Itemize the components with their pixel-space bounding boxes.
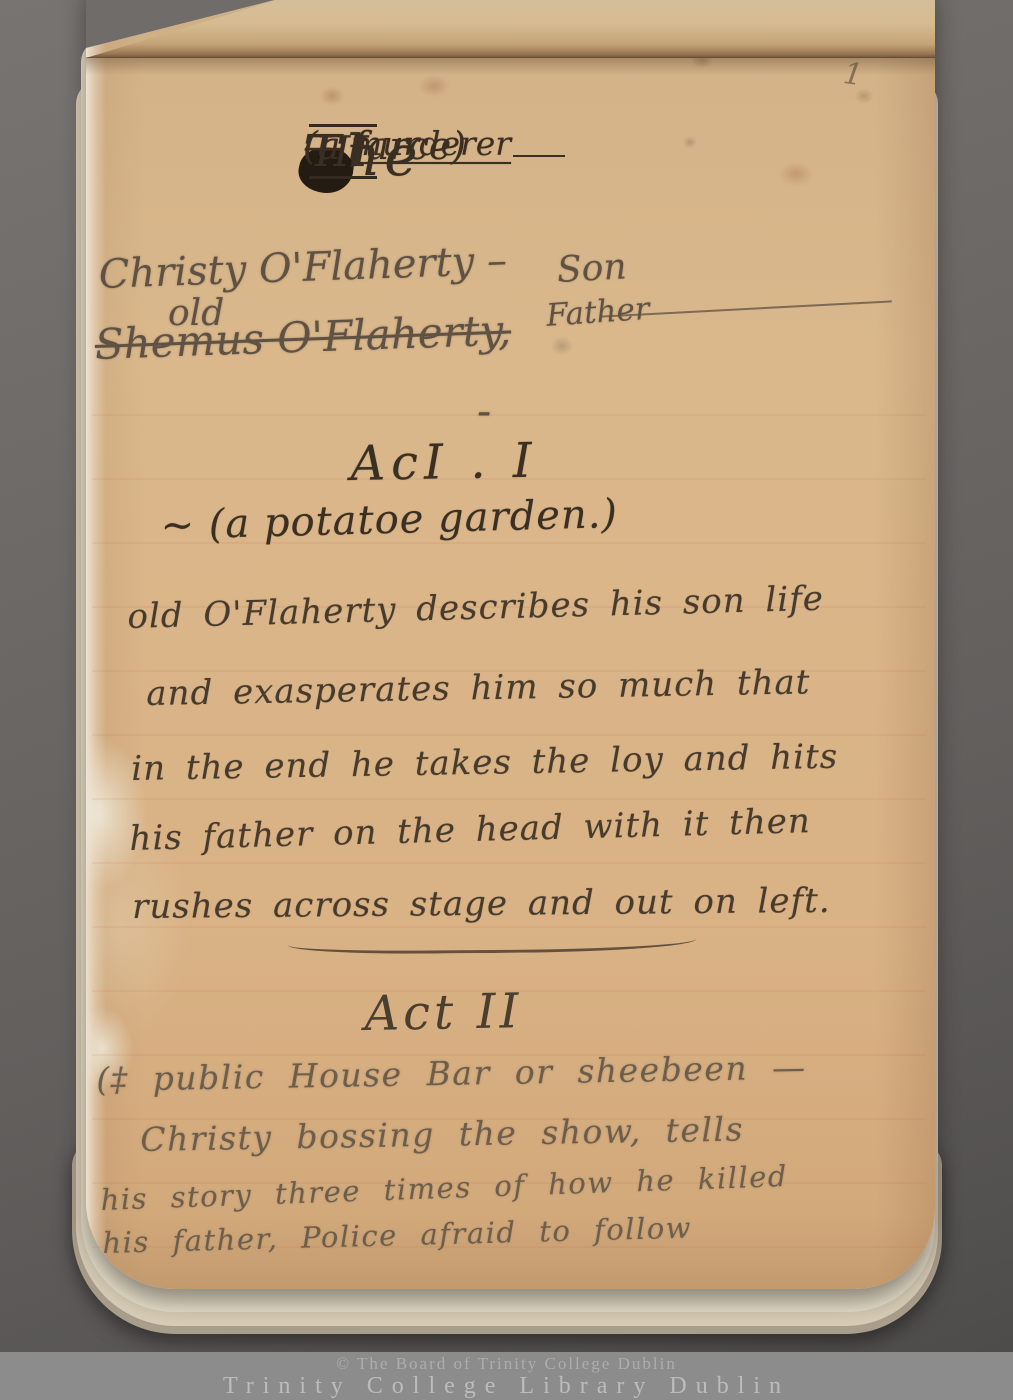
watermark-copyright-line: © The Board of Trinity College Dublin [0,1352,1013,1374]
title-dash-2: – [349,124,366,164]
act2-heading: Act II [364,983,523,1042]
cast-father-role: Father [545,291,651,334]
section-divider-mark: - [477,386,491,435]
act1-text-line: rushes across stage and out on left. [132,881,831,927]
cast-son-role: Son [556,246,628,291]
watermark-band: © The Board of Trinity College Dublin Tr… [0,1352,1013,1400]
title-line: The murderer III (a farce) — – [303,124,511,202]
manuscript-photograph: 1 The murderer III (a farce) — – Christy… [0,0,1013,1400]
watermark-library-line: Trinity College Library Dublin [0,1374,1013,1399]
page-top-curl-shadow [86,57,935,75]
title-dash: — [303,124,343,170]
act1-heading: AcI . I [350,433,538,492]
